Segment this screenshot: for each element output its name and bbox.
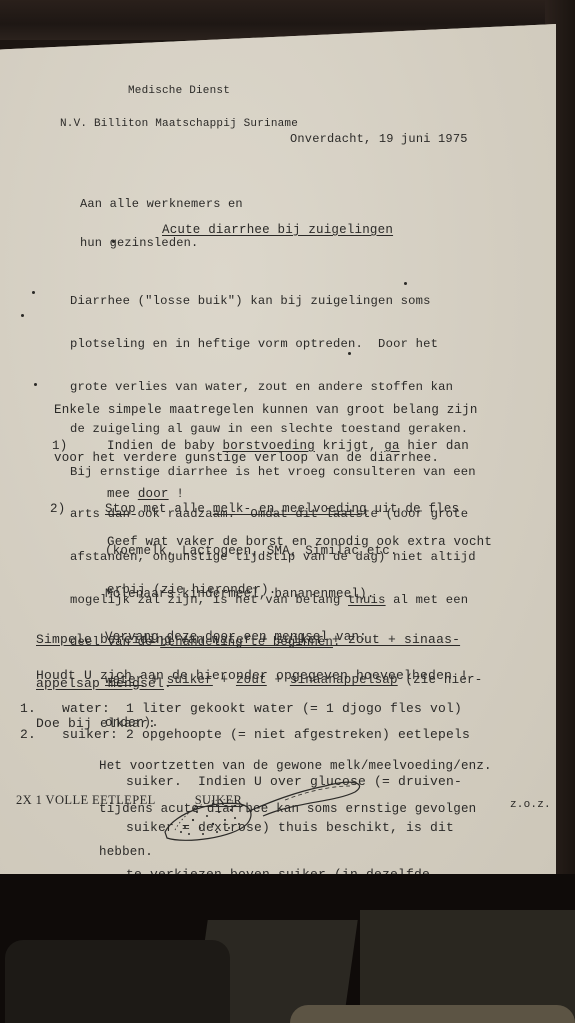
text-line: 1)Indien de baby borstvoeding krijgt, ga… bbox=[52, 438, 492, 454]
address-line-1: Aan alle werknemers en bbox=[80, 198, 243, 211]
text-segment: uit de fles bbox=[367, 502, 459, 516]
text-line: Diarrhee ("losse buik") kan bij zuigelin… bbox=[70, 294, 476, 308]
emphasis: melk- en meelvoeding bbox=[213, 502, 367, 516]
text-line: plotseling en in heftige vorm optreden. … bbox=[70, 337, 476, 351]
text-segment: Molenaars kindermeel, bananenmeel). bbox=[105, 587, 375, 601]
text-segment: Indien de baby bbox=[107, 439, 223, 453]
please-turn-over-note: z.o.z. bbox=[510, 798, 551, 812]
background-cushion bbox=[5, 940, 230, 1023]
letter-date: Onverdacht, 19 juni 1975 bbox=[290, 132, 468, 146]
document-title: Acute diarrhee bij zuigelingen bbox=[162, 223, 393, 237]
text-segment: (koemelk, Lactogeen, SMA, Similac etc. bbox=[105, 544, 398, 558]
text-line: (koemelk, Lactogeen, SMA, Similac etc. bbox=[50, 544, 492, 558]
text-segment: 2 opgehoopte (= niet afgestreken) eetlep… bbox=[126, 727, 470, 743]
text-segment: met alle bbox=[136, 502, 213, 516]
spoon-illustration-icon bbox=[155, 772, 365, 844]
emphasis: ga bbox=[384, 439, 399, 453]
recipient-address: Aan alle werknemers en hun gezinsleden. bbox=[80, 172, 243, 263]
text-segment: SUIKER bbox=[195, 793, 243, 807]
spoon-caption: 2X 1 VOLLE EETLEPEL SUIKER bbox=[16, 793, 242, 807]
text-segment: krijgt, bbox=[315, 439, 384, 453]
letterhead: Medische Dienst N.V. Billiton Maatschapp… bbox=[60, 64, 298, 141]
item-number: 1) bbox=[52, 438, 107, 454]
step-number: 2. bbox=[20, 727, 62, 743]
indent bbox=[20, 820, 126, 836]
text-segment: 2X 1 VOLLE EETLEPEL bbox=[16, 793, 159, 807]
letterhead-company: N.V. Billiton Maatschappij Suriname bbox=[60, 119, 298, 130]
letterhead-department: Medische Dienst bbox=[60, 86, 298, 97]
emphasis: borstvoeding bbox=[223, 439, 315, 453]
text-line: 2)Stop met alle melk- en meelvoeding uit… bbox=[50, 502, 492, 516]
item-number: 2) bbox=[50, 502, 105, 516]
text-line: 2.suiker:2 opgehoopte (= niet afgestreke… bbox=[20, 727, 470, 743]
step-label: suiker: bbox=[62, 727, 126, 743]
address-line-2: hun gezinsleden. bbox=[80, 237, 243, 250]
emphasis: Stop bbox=[105, 502, 136, 516]
background-rug bbox=[290, 1005, 575, 1023]
text-segment: hier dan bbox=[400, 439, 469, 453]
text-line: Molenaars kindermeel, bananenmeel). bbox=[50, 587, 492, 601]
indent bbox=[20, 774, 126, 790]
